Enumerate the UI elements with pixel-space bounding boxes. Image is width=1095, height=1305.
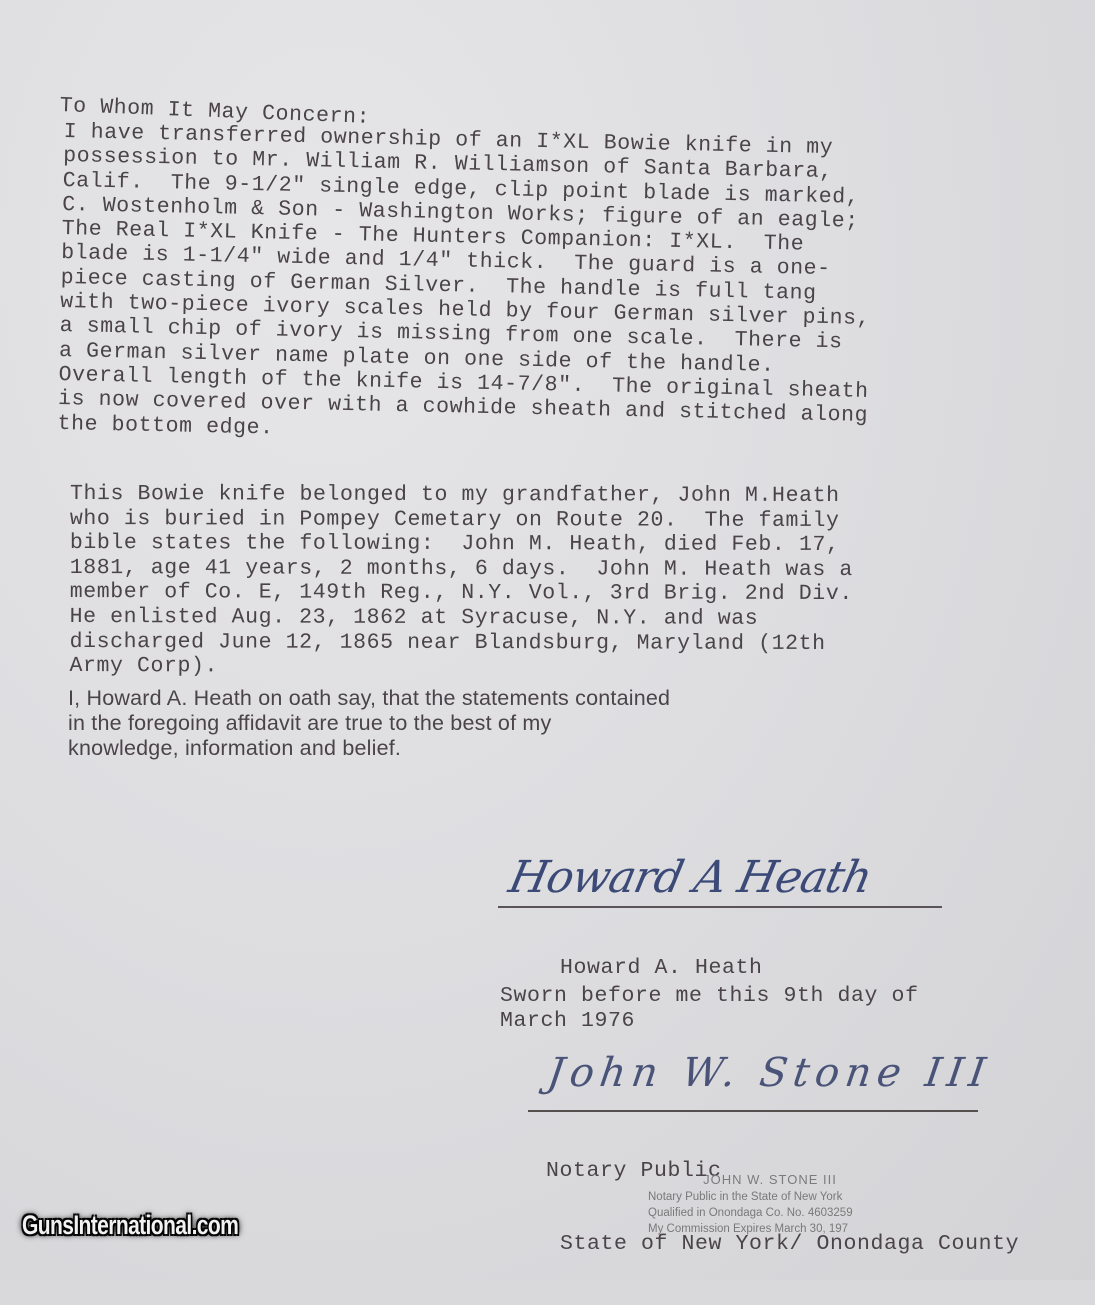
provenance-line: discharged June 12, 1865 near Blandsburg…: [70, 630, 853, 657]
stamp-line-3: My Commission Expires March 30, 197: [640, 1221, 900, 1237]
provenance-line: member of Co. E, 149th Reg., N.Y. Vol., …: [70, 580, 853, 607]
provenance-line: who is buried in Pompey Cemetary on Rout…: [70, 507, 853, 534]
stamp-line-1: Notary Public in the State of New York: [640, 1189, 900, 1205]
stamp-line-2: Qualified in Onondaga Co. No. 4603259: [640, 1205, 900, 1221]
paragraph-knife-description: I have transferred ownership of an I*XL …: [57, 120, 874, 453]
provenance-line: This Bowie knife belonged to my grandfat…: [70, 482, 853, 509]
oath-line: knowledge, information and belief.: [68, 736, 670, 761]
paragraph-oath: I, Howard A. Heath on oath say, that the…: [68, 686, 670, 761]
notary-signature: John W. Stone III: [545, 1050, 994, 1096]
jurat-line: March 1976: [500, 1009, 919, 1034]
document-page: To Whom It May Concern: I have transferr…: [0, 0, 1095, 1280]
provenance-line: bible states the following: John M. Heat…: [70, 531, 853, 558]
oath-line: I, Howard A. Heath on oath say, that the…: [68, 686, 670, 711]
provenance-line: Army Corp).: [69, 654, 852, 681]
paragraph-provenance: This Bowie knife belonged to my grandfat…: [69, 482, 853, 681]
watermark-logo: GunsInternational.com: [22, 1210, 238, 1241]
jurat-line: Sworn before me this 9th day of: [500, 984, 919, 1009]
notary-stamp: JOHN W. STONE III Notary Public in the S…: [640, 1172, 900, 1237]
affiant-signature: Howard A Heath: [505, 852, 876, 903]
provenance-line: 1881, age 41 years, 2 months, 6 days. Jo…: [70, 556, 853, 583]
provenance-line: He enlisted Aug. 23, 1862 at Syracuse, N…: [70, 605, 853, 632]
affiant-name-text: Howard A. Heath: [560, 956, 763, 981]
jurat: Sworn before me this 9th day ofMarch 197…: [500, 984, 919, 1034]
oath-line: in the foregoing affidavit are true to t…: [68, 711, 670, 736]
stamp-name: JOHN W. STONE III: [703, 1172, 837, 1187]
